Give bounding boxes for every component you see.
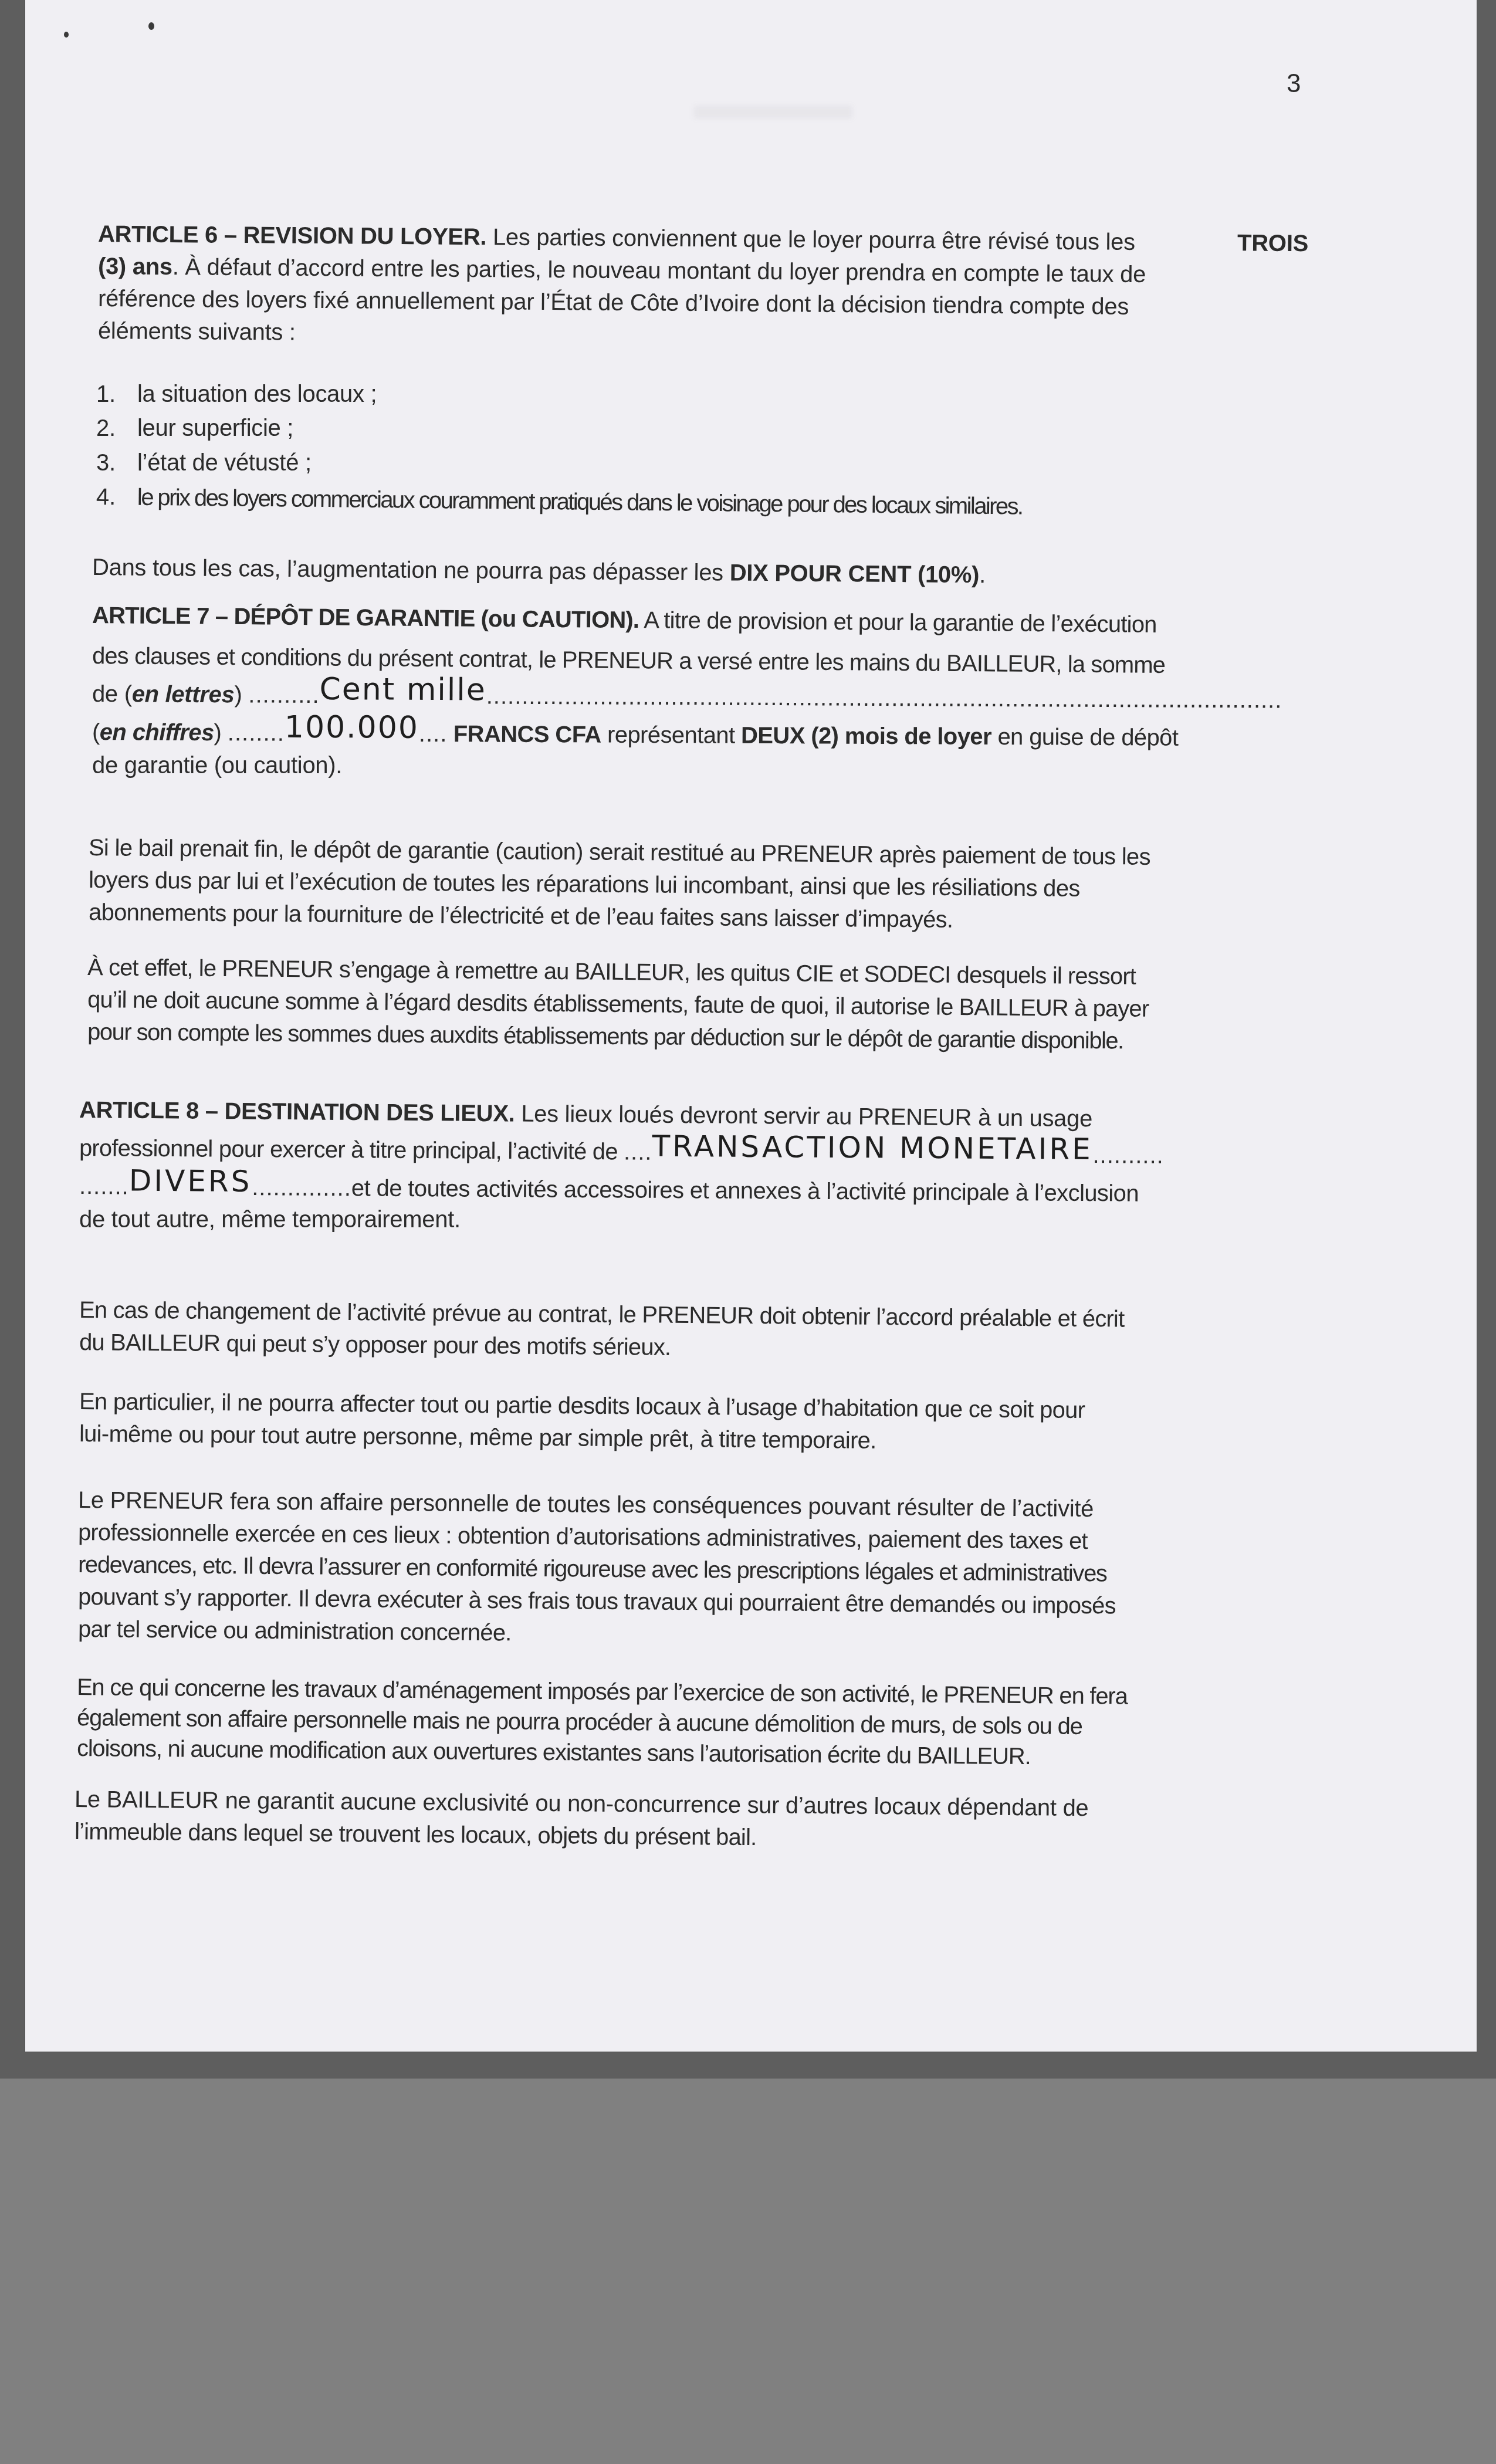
- article-8-exclusivity-paragraph: Le BAILLEUR ne garantit aucune exclusivi…: [75, 1783, 1282, 1848]
- article-6-text: Les parties conviennent que le loyer pou…: [486, 224, 1135, 255]
- activity-field-2[interactable]: DIVERS: [129, 1164, 252, 1199]
- activity-line: professionnel pour exercer à titre princ…: [79, 1130, 1287, 1173]
- dotted-leader: ....: [624, 1139, 652, 1165]
- criteria-list-item: 2.leur superficie ;: [96, 412, 293, 445]
- deposit-months: DEUX (2) mois de loyer: [741, 723, 991, 750]
- currency-label: FRANCS CFA: [453, 721, 601, 747]
- article-6-text: . À défaut d’accord entre les parties, l…: [172, 254, 1146, 287]
- cap-end: .: [979, 562, 986, 588]
- list-text: l’état de vétusté ;: [137, 450, 312, 476]
- article-7-heading: ARTICLE 7 – DÉPÔT DE GARANTIE (ou CAUTIO…: [92, 603, 639, 633]
- dotted-leader: ..............: [252, 1175, 351, 1201]
- dotted-leader: ........................................…: [486, 683, 1282, 713]
- article-8-text: professionnel pour exercer à titre princ…: [79, 1135, 624, 1165]
- dotted-leader: .......: [79, 1173, 129, 1200]
- article-8-text: Les lieux loués devront servir au PRENEU…: [515, 1101, 1092, 1132]
- amount-figures-label: en chiffres: [100, 719, 214, 746]
- list-number: 4.: [96, 481, 138, 514]
- paragraph-text: cloisons, ni aucune modification aux ouv…: [77, 1735, 1031, 1769]
- list-number: 1.: [96, 378, 137, 411]
- article-8-heading: ARTICLE 8 – DESTINATION DES LIEUX.: [79, 1097, 515, 1126]
- article-8-change-paragraph: En cas de changement de l’activité prévu…: [79, 1294, 1287, 1359]
- amount-figures-field[interactable]: 100.000: [285, 710, 419, 746]
- article-8-text: et de toutes activités accessoires et an…: [351, 1175, 1139, 1206]
- article-7-text: A titre de provision et pour la garantie…: [639, 607, 1157, 638]
- article-7-line: de garantie (ou caution).: [92, 750, 1299, 782]
- article-8-text: de tout autre, même temporairement.: [79, 1207, 461, 1233]
- document-body: ARTICLE 6 – REVISION DU LOYER. Les parti…: [25, 0, 1477, 2052]
- article-6-bold: (3) ans: [98, 253, 172, 280]
- article-6-text: éléments suivants :: [98, 318, 296, 346]
- paragraph-text: abonnements pour la fourniture de l’élec…: [89, 899, 953, 933]
- cap-text: Dans tous les cas, l’augmentation ne pou…: [92, 554, 730, 585]
- list-text: la situation des locaux ;: [137, 381, 377, 407]
- paragraph-text: l’immeuble dans lequel se trouvent les l…: [75, 1819, 757, 1850]
- list-text: leur superficie ;: [137, 415, 293, 441]
- dotted-leader: ........: [228, 720, 285, 746]
- article-7-text: des clauses et conditions du présent con…: [92, 640, 1166, 682]
- article-7-line: ARTICLE 7 – DÉPÔT DE GARANTIE (ou CAUTIO…: [92, 600, 1299, 642]
- text-suffix: ): [234, 682, 242, 708]
- list-text: le prix des loyers commerciaux courammen…: [137, 485, 1023, 520]
- paragraph-text: pour son compte les sommes dues auxdits …: [87, 1019, 1123, 1054]
- cap-bold: DIX POUR CENT (10%): [730, 560, 980, 588]
- amount-words-field[interactable]: Cent mille: [319, 672, 486, 708]
- criteria-list-item: 1.la situation des locaux ;: [96, 378, 377, 411]
- article-6-bold: TROIS: [1237, 227, 1308, 260]
- article-8: ARTICLE 8 – DESTINATION DES LIEUX. Les l…: [79, 1094, 1287, 1236]
- article-7-restitution-paragraph: Si le bail prenait fin, le dépôt de gara…: [89, 832, 1298, 929]
- list-number: 2.: [96, 412, 137, 445]
- amount-words-line: de (en lettres) ..........Cent mille....…: [92, 676, 1299, 717]
- article-7: ARTICLE 7 – DÉPÔT DE GARANTIE (ou CAUTIO…: [92, 600, 1299, 782]
- dotted-leader: ..........: [1092, 1142, 1163, 1169]
- activity-field-1[interactable]: TRANSACTION MONETAIRE: [652, 1129, 1093, 1166]
- article-6: ARTICLE 6 – REVISION DU LOYER. Les parti…: [98, 218, 1308, 347]
- dotted-leader: ..........: [248, 682, 319, 708]
- article-7-text: en guise de dépôt: [991, 724, 1179, 751]
- increase-cap-text: Dans tous les cas, l’augmentation ne pou…: [92, 551, 986, 591]
- article-8-consequences-paragraph: Le PRENEUR fera son affaire personnelle …: [78, 1484, 1285, 1646]
- text-prefix: de (: [92, 681, 132, 707]
- document-page: 3 ARTICLE 6 – REVISION DU LOYER. Les par…: [25, 0, 1477, 2052]
- article-8-works-paragraph: En ce qui concerne les travaux d’aménage…: [77, 1672, 1284, 1764]
- paragraph-text: lui-même ou pour tout autre personne, mê…: [79, 1421, 876, 1454]
- article-6-heading: ARTICLE 6 – REVISION DU LOYER.: [98, 221, 487, 250]
- dotted-leader: ....: [419, 721, 448, 747]
- criteria-list-item: 4.le prix des loyers commerciaux couramm…: [96, 481, 1023, 523]
- list-number: 3.: [96, 447, 137, 479]
- paragraph-text: du BAILLEUR qui peut s’y opposer pour de…: [79, 1329, 671, 1360]
- article-7-quitus-paragraph: À cet effet, le PRENEUR s’engage à remet…: [87, 952, 1296, 1048]
- paragraph-text: par tel service ou administration concer…: [78, 1616, 512, 1646]
- amount-figures-line: (en chiffres) ........100.000.... FRANCS…: [92, 714, 1299, 755]
- amount-words-label: en lettres: [132, 681, 235, 708]
- article-8-habitation-paragraph: En particulier, il ne pourra affecter to…: [79, 1386, 1287, 1450]
- article-7-text: représentant: [601, 722, 742, 749]
- criteria-list-item: 3.l’état de vétusté ;: [96, 447, 312, 479]
- article-7-text: de garantie (ou caution).: [92, 753, 342, 779]
